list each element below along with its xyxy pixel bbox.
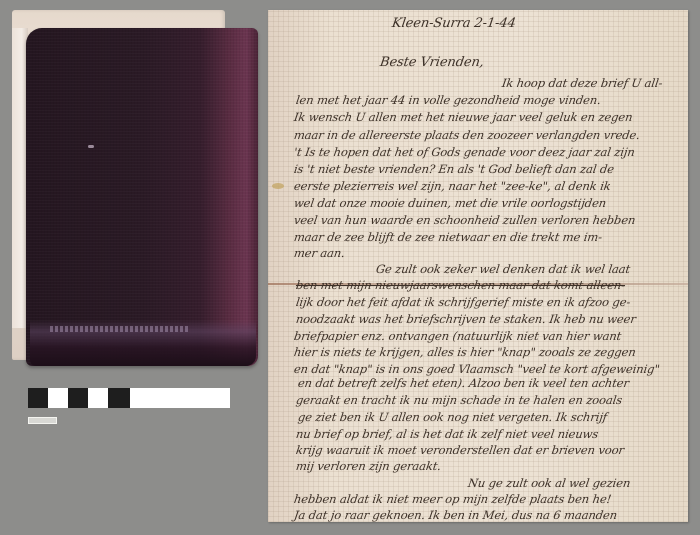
letter-line-struck: ben met mijn nieuwjaarswenschen maar dat… xyxy=(295,278,626,292)
book-cover-mark xyxy=(88,145,94,148)
letter-line: ge ziet ben ik U allen ook nog niet verg… xyxy=(297,410,608,424)
letter-line: eerste plezierreis wel zijn, naar het "z… xyxy=(293,179,612,193)
scale-bar-segment xyxy=(88,388,108,408)
letter-line: hebben aldat ik niet meer op mijn zelfde… xyxy=(293,492,612,506)
letter-line: geraakt en tracht ik nu mijn schade in t… xyxy=(295,393,623,407)
letter-salutation: Beste Vrienden, xyxy=(379,55,485,70)
book-cover xyxy=(26,28,258,366)
letter-line: en dat "knap" is in ons goed Vlaamsch "v… xyxy=(293,362,661,376)
letter-line: en dat betreft zelfs het eten). Alzoo be… xyxy=(297,376,630,390)
letter-line: maar de zee blijft de zee nietwaar en di… xyxy=(293,230,603,244)
book-imprint xyxy=(50,326,190,332)
letter-line: wel dat onze mooie duinen, met die vrile… xyxy=(293,196,607,210)
letter-line: Nu ge zult ook al wel gezien xyxy=(467,476,631,490)
letter-place-date: Kleen-Surra 2-1-44 xyxy=(391,16,517,31)
scale-bar-segment xyxy=(108,388,130,408)
letter-stain xyxy=(272,183,284,189)
letter-line: nu brief op brief, al is het dat ik zelf… xyxy=(295,427,599,441)
scale-bar-segment xyxy=(130,388,230,408)
letter-line: len met het jaar 44 in volle gezondheid … xyxy=(295,93,602,107)
scale-reference-mark xyxy=(28,417,57,424)
letter-line: noodzaakt was het briefschrijven te stak… xyxy=(295,312,637,326)
letter-line: maar in de allereerste plaats den zoozee… xyxy=(293,128,641,142)
letter-line: veel van hun waarde en schoonheid zullen… xyxy=(293,213,636,227)
letter-line: mer aan. xyxy=(293,246,346,260)
letter-line: krijg waaruit ik moet veronderstellen da… xyxy=(295,443,625,457)
letter-line: is 't niet beste vrienden? En als 't God… xyxy=(293,162,615,176)
letter-line: lijk door het feit afdat ik schrijfgerie… xyxy=(295,295,631,309)
letter-line: Ik hoop dat deze brief U all- xyxy=(501,76,663,90)
letter-line: Ge zult ook zeker wel denken dat ik wel … xyxy=(375,262,631,276)
scale-bar-segment xyxy=(68,388,88,408)
handwritten-letter: Kleen-Surra 2-1-44 Beste Vrienden, Ik ho… xyxy=(268,10,688,522)
letter-line: Ja dat jo raar geknoen. Ik ben in Mei, d… xyxy=(293,508,618,522)
scale-bar-segment xyxy=(48,388,68,408)
letter-line: mij verloren zijn geraakt. xyxy=(295,459,442,473)
grey-scale-bar xyxy=(28,388,230,408)
letter-line: 't Is te hopen dat het of Gods genade vo… xyxy=(293,145,636,159)
scale-bar-segment xyxy=(28,388,48,408)
letter-line: briefpapier enz. ontvangen (natuurlijk n… xyxy=(293,329,622,343)
letter-line: hier is niets te krijgen, alles is hier … xyxy=(293,345,637,359)
letter-line: Ik wensch U allen met het nieuwe jaar ve… xyxy=(293,110,633,124)
